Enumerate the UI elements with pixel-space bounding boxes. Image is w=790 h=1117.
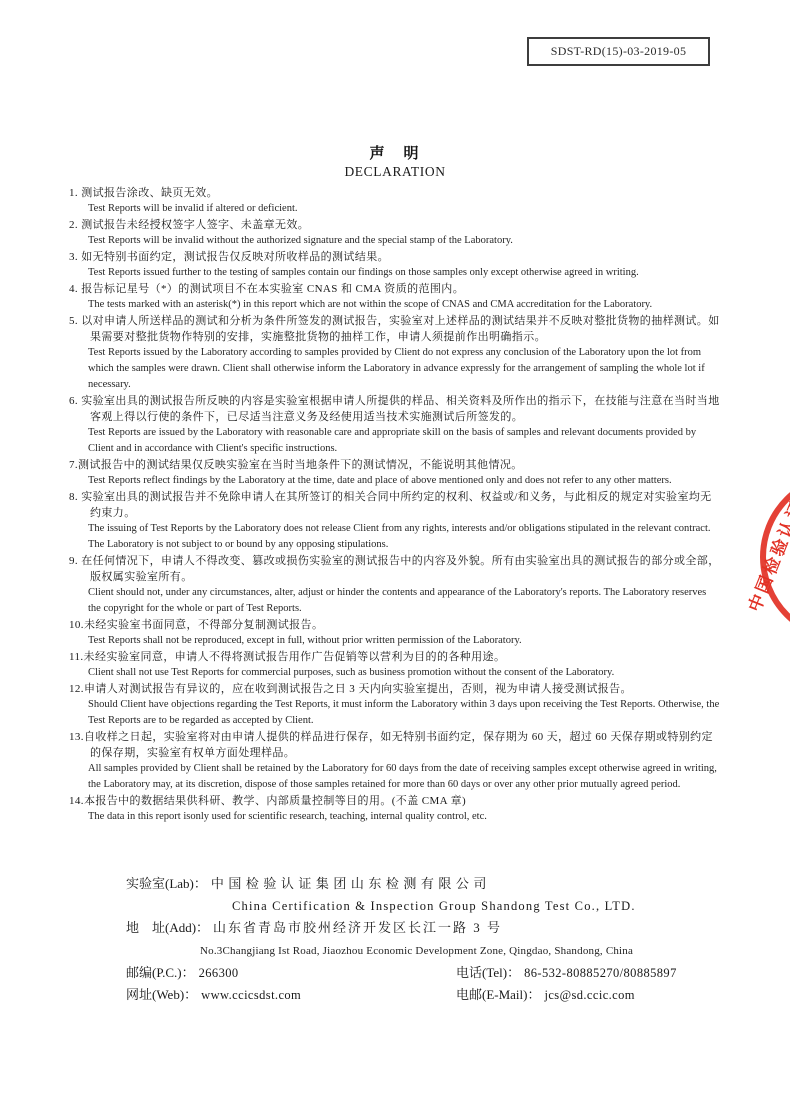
declaration-item: 8. 实验室出具的测试报告并不免除申请人在其所签订的相关合同中所约定的权利、权益… xyxy=(69,489,721,553)
stamp-text: 中国检验认证 xyxy=(745,496,790,615)
lab-name-chinese: 中国检验认证集团山东检测有限公司 xyxy=(211,876,491,891)
item-text-chinese: 4. 报告标记星号（*）的测试项目不在本实验室 CNAS 和 CMA 资质的范围… xyxy=(69,281,721,297)
item-text-english: Client shall not use Test Reports for co… xyxy=(69,665,721,681)
website-label: 网址(Web)： xyxy=(126,987,197,1002)
red-stamp: 中国检验认证 xyxy=(745,475,790,640)
address-row: 地 址(Add)： 山东省青岛市胶州经济开发区长江一路 3 号 xyxy=(126,917,726,939)
postal-code: 邮编(P.C.)： 266300 xyxy=(126,962,456,984)
pc-tel-row: 邮编(P.C.)： 266300 电话(Tel)： 86-532-8088527… xyxy=(126,962,726,984)
declaration-item: 10.未经实验室书面同意，不得部分复制测试报告。Test Reports sha… xyxy=(69,617,721,649)
declaration-item: 4. 报告标记星号（*）的测试项目不在本实验室 CNAS 和 CMA 资质的范围… xyxy=(69,281,721,313)
declaration-item: 5. 以对申请人所送样品的测试和分析为条件所签发的测试报告，实验室对上述样品的测… xyxy=(69,313,721,393)
item-text-english: Test Reports issued by the Laboratory ac… xyxy=(69,345,721,393)
address-english-row: No.3Changjiang Ist Road, Jiaozhou Econom… xyxy=(126,939,726,962)
item-text-english: The data in this report isonly used for … xyxy=(69,809,721,825)
item-text-english: The tests marked with an asterisk(*) in … xyxy=(69,297,721,313)
email-value: jcs@sd.ccic.com xyxy=(544,988,634,1002)
page-title-chinese: 声 明 xyxy=(0,145,790,163)
item-text-chinese: 1. 测试报告涂改、缺页无效。 xyxy=(69,185,721,201)
declaration-list: 1. 测试报告涂改、缺页无效。Test Reports will be inva… xyxy=(69,185,721,825)
email-label: 电邮(E-Mail)： xyxy=(456,987,540,1002)
declaration-item: 6. 实验室出具的测试报告所反映的内容是实验室根据申请人所提供的样品、相关资料及… xyxy=(69,393,721,457)
item-text-chinese: 5. 以对申请人所送样品的测试和分析为条件所签发的测试报告，实验室对上述样品的测… xyxy=(69,313,721,345)
stamp-icon: 中国检验认证 xyxy=(745,475,790,640)
item-text-chinese: 13.自收样之日起，实验室将对由申请人提供的样品进行保存，如无特别书面约定，保存… xyxy=(69,729,721,761)
declaration-item: 2. 测试报告未经授权签字人签字、未盖章无效。Test Reports will… xyxy=(69,217,721,249)
item-text-english: Test Reports reflect findings by the Lab… xyxy=(69,473,721,489)
page-title-english: DECLARATION xyxy=(0,163,790,181)
lab-name-english: China Certification & Inspection Group S… xyxy=(232,899,636,913)
lab-name-english-row: China Certification & Inspection Group S… xyxy=(126,895,726,917)
postal-code-value: 266300 xyxy=(199,966,239,980)
website: 网址(Web)： www.ccicsdst.com xyxy=(126,984,456,1006)
document-code: SDST-RD(15)-03-2019-05 xyxy=(551,44,687,59)
web-email-row: 网址(Web)： www.ccicsdst.com 电邮(E-Mail)： jc… xyxy=(126,984,726,1006)
declaration-item: 14.本报告中的数据结果供科研、教学、内部质量控制等目的用。(不盖 CMA 章)… xyxy=(69,793,721,825)
address-english: No.3Changjiang Ist Road, Jiaozhou Econom… xyxy=(200,945,633,957)
telephone: 电话(Tel)： 86-532-80885270/80885897 xyxy=(456,962,677,984)
declaration-item: 3. 如无特别书面约定，测试报告仅反映对所收样品的测试结果。Test Repor… xyxy=(69,249,721,281)
declaration-item: 11.未经实验室同意，申请人不得将测试报告用作广告促销等以营利为目的的各种用途。… xyxy=(69,649,721,681)
item-text-chinese: 14.本报告中的数据结果供科研、教学、内部质量控制等目的用。(不盖 CMA 章) xyxy=(69,793,721,809)
item-text-english: Test Reports issued further to the testi… xyxy=(69,265,721,281)
item-text-chinese: 10.未经实验室书面同意，不得部分复制测试报告。 xyxy=(69,617,721,633)
postal-code-label: 邮编(P.C.)： xyxy=(126,965,195,980)
item-text-english: The issuing of Test Reports by the Labor… xyxy=(69,521,721,553)
document-code-box: SDST-RD(15)-03-2019-05 xyxy=(527,37,710,66)
declaration-item: 1. 测试报告涂改、缺页无效。Test Reports will be inva… xyxy=(69,185,721,217)
item-text-english: Should Client have objections regarding … xyxy=(69,697,721,729)
lab-info: 实验室(Lab)： 中国检验认证集团山东检测有限公司 China Certifi… xyxy=(126,873,726,1006)
declaration-content: 声 明 DECLARATION 1. 测试报告涂改、缺页无效。Test Repo… xyxy=(0,0,790,1006)
item-text-english: Client should not, under any circumstanc… xyxy=(69,585,721,617)
declaration-item: 9. 在任何情况下，申请人不得改变、篡改或损伤实验室的测试报告中的内容及外貌。所… xyxy=(69,553,721,617)
item-text-chinese: 12.申请人对测试报告有异议的，应在收到测试报告之日 3 天内向实验室提出，否则… xyxy=(69,681,721,697)
email: 电邮(E-Mail)： jcs@sd.ccic.com xyxy=(456,984,635,1006)
item-text-chinese: 7.测试报告中的测试结果仅反映实验室在当时当地条件下的测试情况，不能说明其他情况… xyxy=(69,457,721,473)
item-text-english: All samples provided by Client shall be … xyxy=(69,761,721,793)
item-text-chinese: 6. 实验室出具的测试报告所反映的内容是实验室根据申请人所提供的样品、相关资料及… xyxy=(69,393,721,425)
item-text-chinese: 2. 测试报告未经授权签字人签字、未盖章无效。 xyxy=(69,217,721,233)
declaration-item: 13.自收样之日起，实验室将对由申请人提供的样品进行保存，如无特别书面约定，保存… xyxy=(69,729,721,793)
item-text-chinese: 11.未经实验室同意，申请人不得将测试报告用作广告促销等以营利为目的的各种用途。 xyxy=(69,649,721,665)
item-text-english: Test Reports shall not be reproduced, ex… xyxy=(69,633,721,649)
item-text-chinese: 8. 实验室出具的测试报告并不免除申请人在其所签订的相关合同中所约定的权利、权益… xyxy=(69,489,721,521)
declaration-page: SDST-RD(15)-03-2019-05 声 明 DECLARATION 1… xyxy=(0,0,790,1117)
item-text-chinese: 9. 在任何情况下，申请人不得改变、篡改或损伤实验室的测试报告中的内容及外貌。所… xyxy=(69,553,721,585)
item-text-english: Test Reports will be invalid if altered … xyxy=(69,201,721,217)
declaration-item: 7.测试报告中的测试结果仅反映实验室在当时当地条件下的测试情况，不能说明其他情况… xyxy=(69,457,721,489)
lab-label: 实验室(Lab)： xyxy=(126,876,207,891)
website-value: www.ccicsdst.com xyxy=(201,988,301,1002)
address-label: 地 址(Add)： xyxy=(126,920,209,935)
telephone-label: 电话(Tel)： xyxy=(456,965,520,980)
declaration-item: 12.申请人对测试报告有异议的，应在收到测试报告之日 3 天内向实验室提出，否则… xyxy=(69,681,721,729)
item-text-english: Test Reports are issued by the Laborator… xyxy=(69,425,721,457)
telephone-value: 86-532-80885270/80885897 xyxy=(524,966,677,980)
lab-row: 实验室(Lab)： 中国检验认证集团山东检测有限公司 xyxy=(126,873,726,895)
address-chinese: 山东省青岛市胶州经济开发区长江一路 3 号 xyxy=(213,920,502,935)
item-text-chinese: 3. 如无特别书面约定，测试报告仅反映对所收样品的测试结果。 xyxy=(69,249,721,265)
item-text-english: Test Reports will be invalid without the… xyxy=(69,233,721,249)
